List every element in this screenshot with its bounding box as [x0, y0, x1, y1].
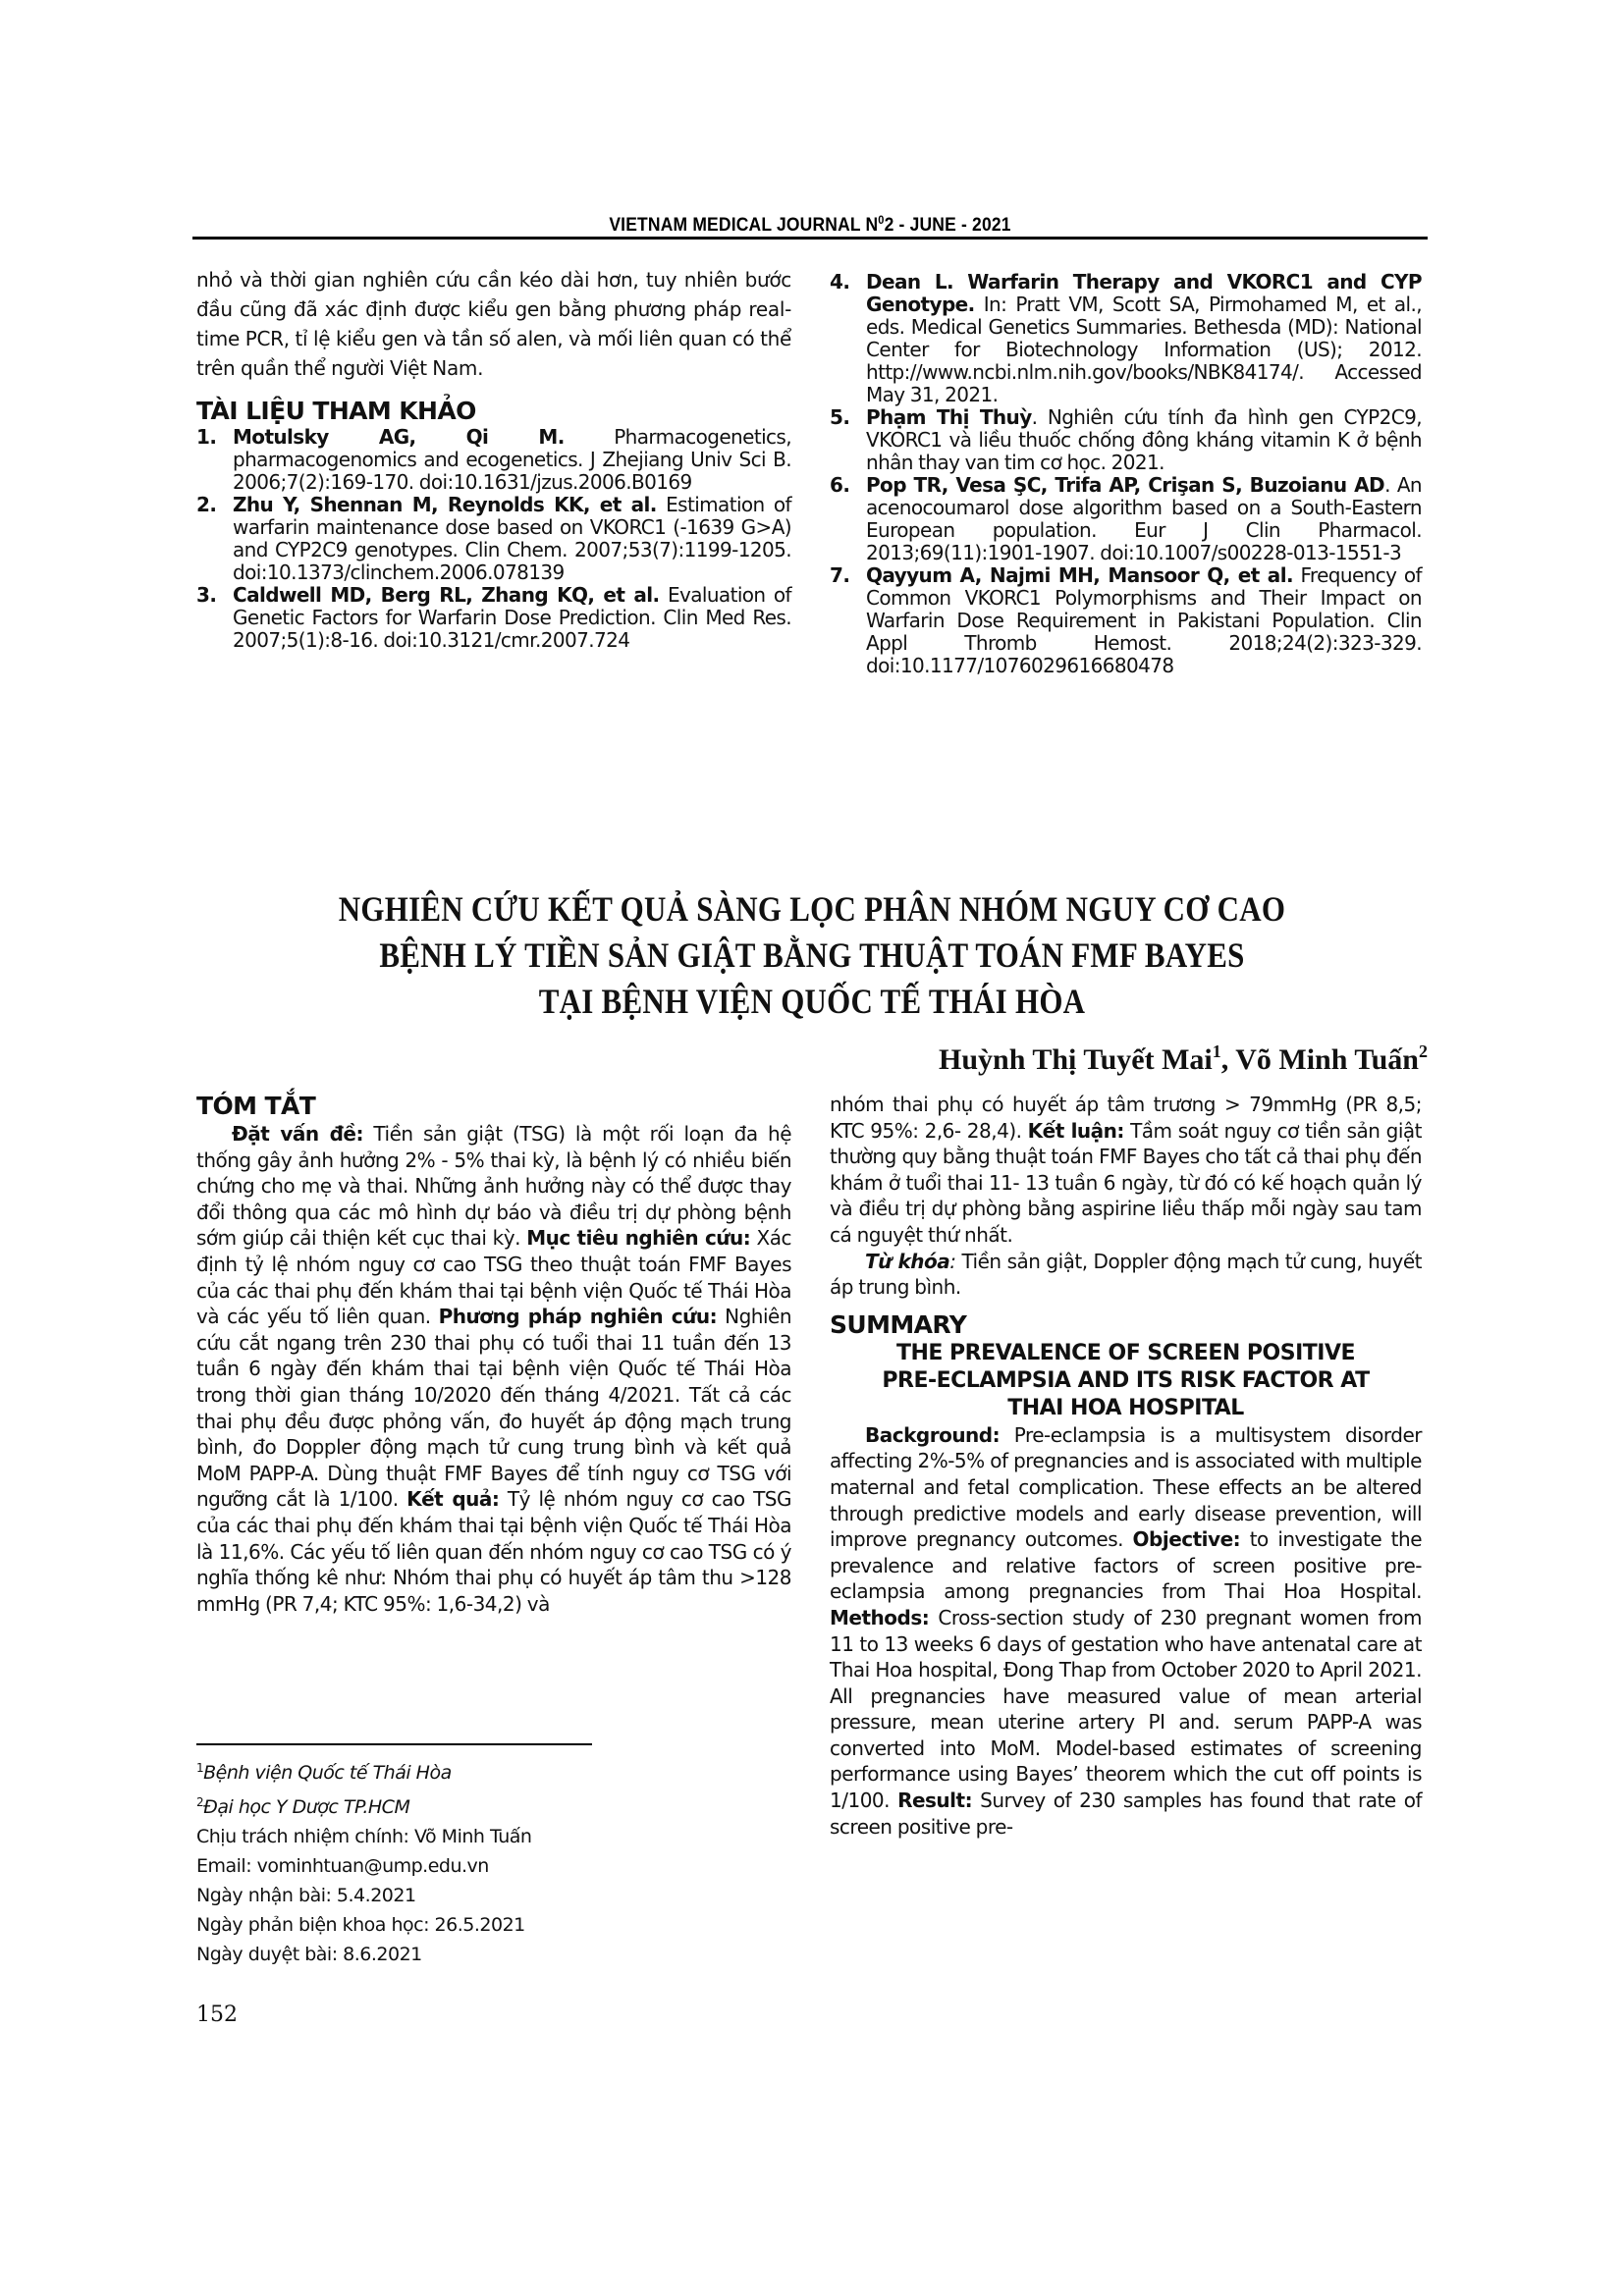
header-rule: [192, 237, 1428, 240]
running-header: VIETNAM MEDICAL JOURNAL N02 - JUNE - 202…: [242, 213, 1378, 237]
closing-paragraph: nhỏ và thời gian nghiên cứu cần kéo dài …: [196, 265, 791, 383]
reference-authors: Pop TR, Vesa ŞC, Trifa AP, Crişan S, Buz…: [866, 473, 1384, 497]
affiliation-marker: 1: [1213, 1041, 1221, 1061]
abstract-heading: TÓM TẮT: [196, 1092, 791, 1121]
footnotes: 1Bệnh viện Quốc tế Thái Hòa 2Đại học Y D…: [196, 1753, 531, 1969]
english-title: THE PREVALENCE OF SCREEN POSITIVE PRE-EC…: [830, 1340, 1422, 1422]
journal-page: VIETNAM MEDICAL JOURNAL N02 - JUNE - 202…: [0, 0, 1624, 2296]
english-title-line: THAI HOA HOSPITAL: [830, 1395, 1422, 1422]
author-name: Huỳnh Thị Tuyết Mai: [939, 1043, 1213, 1076]
reference-list-left: 1.Motulsky AG, Qi M. Pharmacogenetics, p…: [196, 426, 791, 652]
english-title-line: THE PREVALENCE OF SCREEN POSITIVE: [830, 1340, 1422, 1367]
label-objective-en: Objective:: [1133, 1527, 1241, 1551]
article-title: NGHIÊN CỨU KẾT QUẢ SÀNG LỌC PHÂN NHÓM NG…: [283, 886, 1341, 1025]
affiliation-2: 2Đại học Y Dược TP.HCM: [196, 1788, 531, 1822]
reference-item: 2.Zhu Y, Shennan M, Reynolds KK, et al. …: [196, 494, 791, 584]
reference-item: 3.Caldwell MD, Berg RL, Zhang KQ, et al.…: [196, 584, 791, 652]
reference-authors: Caldwell MD, Berg RL, Zhang KQ, et al.: [233, 583, 660, 607]
abstract-vietnamese: TÓM TẮT Đặt vấn đề: Tiền sản giật (TSG) …: [196, 1092, 791, 1617]
label-results: Kết quả:: [406, 1487, 499, 1511]
review-date: Ngày phản biện khoa học: 26.5.2021: [196, 1910, 531, 1940]
label-methods-en: Methods:: [830, 1606, 929, 1629]
previous-article-left-column: nhỏ và thời gian nghiên cứu cần kéo dài …: [196, 265, 791, 652]
reference-authors: Zhu Y, Shennan M, Reynolds KK, et al.: [233, 493, 657, 516]
label-result-en: Result:: [897, 1789, 972, 1812]
accepted-date: Ngày duyệt bài: 8.6.2021: [196, 1940, 531, 1969]
issue-date: 2 - JUNE - 2021: [885, 215, 1011, 236]
label-conclusion: Kết luận:: [1028, 1119, 1124, 1143]
contact-email: Email: vominhtuan@ump.edu.vn: [196, 1851, 531, 1881]
label-background: Đặt vấn đề:: [232, 1122, 363, 1146]
author-name: Võ Minh Tuấn: [1235, 1043, 1419, 1076]
reference-item: 5.Phạm Thị Thuỳ. Nghiên cứu tính đa hình…: [830, 406, 1422, 474]
reference-list-right: 4.Dean L. Warfarin Therapy and VKORC1 an…: [830, 271, 1422, 677]
footnote-rule: [196, 1743, 592, 1745]
abstract-body-continued: nhóm thai phụ có huyết áp tâm trương > 7…: [830, 1092, 1422, 1249]
article-title-line: TẠI BỆNH VIỆN QUỐC TẾ THÁI HÒA: [283, 979, 1341, 1025]
reference-item: 4.Dean L. Warfarin Therapy and VKORC1 an…: [830, 271, 1422, 406]
previous-article-right-column: 4.Dean L. Warfarin Therapy and VKORC1 an…: [830, 271, 1422, 677]
reference-item: 6.Pop TR, Vesa ŞC, Trifa AP, Crişan S, B…: [830, 474, 1422, 564]
label-methods: Phương pháp nghiên cứu:: [439, 1305, 717, 1328]
reference-item: 7.Qayyum A, Najmi MH, Mansoor Q, et al. …: [830, 564, 1422, 677]
affiliation-1: 1Bệnh viện Quốc tế Thái Hòa: [196, 1753, 531, 1788]
keywords-label: Từ khóa: [865, 1250, 949, 1273]
article-title-line: BỆNH LÝ TIỀN SẢN GIẬT BẰNG THUẬT TOÁN FM…: [283, 933, 1341, 979]
reference-authors: Qayyum A, Najmi MH, Mansoor Q, et al.: [866, 563, 1293, 587]
affiliation-marker: 2: [1419, 1041, 1428, 1061]
abstract-continued: nhóm thai phụ có huyết áp tâm trương > 7…: [830, 1092, 1422, 1840]
author-line: Huỳnh Thị Tuyết Mai1, Võ Minh Tuấn2: [939, 1034, 1428, 1078]
label-background-en: Background:: [865, 1423, 1000, 1447]
reference-item: 1.Motulsky AG, Qi M. Pharmacogenetics, p…: [196, 426, 791, 494]
references-heading: TÀI LIỆU THAM KHẢO: [196, 397, 791, 426]
corresponding-author: Chịu trách nhiệm chính: Võ Minh Tuấn: [196, 1822, 531, 1851]
journal-name: VIETNAM MEDICAL JOURNAL N: [609, 215, 878, 236]
page-number: 152: [196, 2002, 238, 2027]
summary-heading: SUMMARY: [830, 1310, 1422, 1340]
article-title-line: NGHIÊN CỨU KẾT QUẢ SÀNG LỌC PHÂN NHÓM NG…: [283, 886, 1341, 933]
label-objective: Mục tiêu nghiên cứu:: [526, 1226, 750, 1250]
summary-body: Background: Pre-eclampsia is a multisyst…: [830, 1422, 1422, 1841]
abstract-body: Đặt vấn đề: Tiền sản giật (TSG) là một r…: [196, 1121, 791, 1617]
english-title-line: PRE-ECLAMPSIA AND ITS RISK FACTOR AT: [830, 1367, 1422, 1395]
keywords: Từ khóa: Tiền sản giật, Doppler động mạc…: [830, 1249, 1422, 1301]
reference-authors: Motulsky AG, Qi M.: [233, 425, 565, 449]
received-date: Ngày nhận bài: 5.4.2021: [196, 1881, 531, 1910]
reference-authors: Phạm Thị Thuỳ: [866, 405, 1032, 429]
